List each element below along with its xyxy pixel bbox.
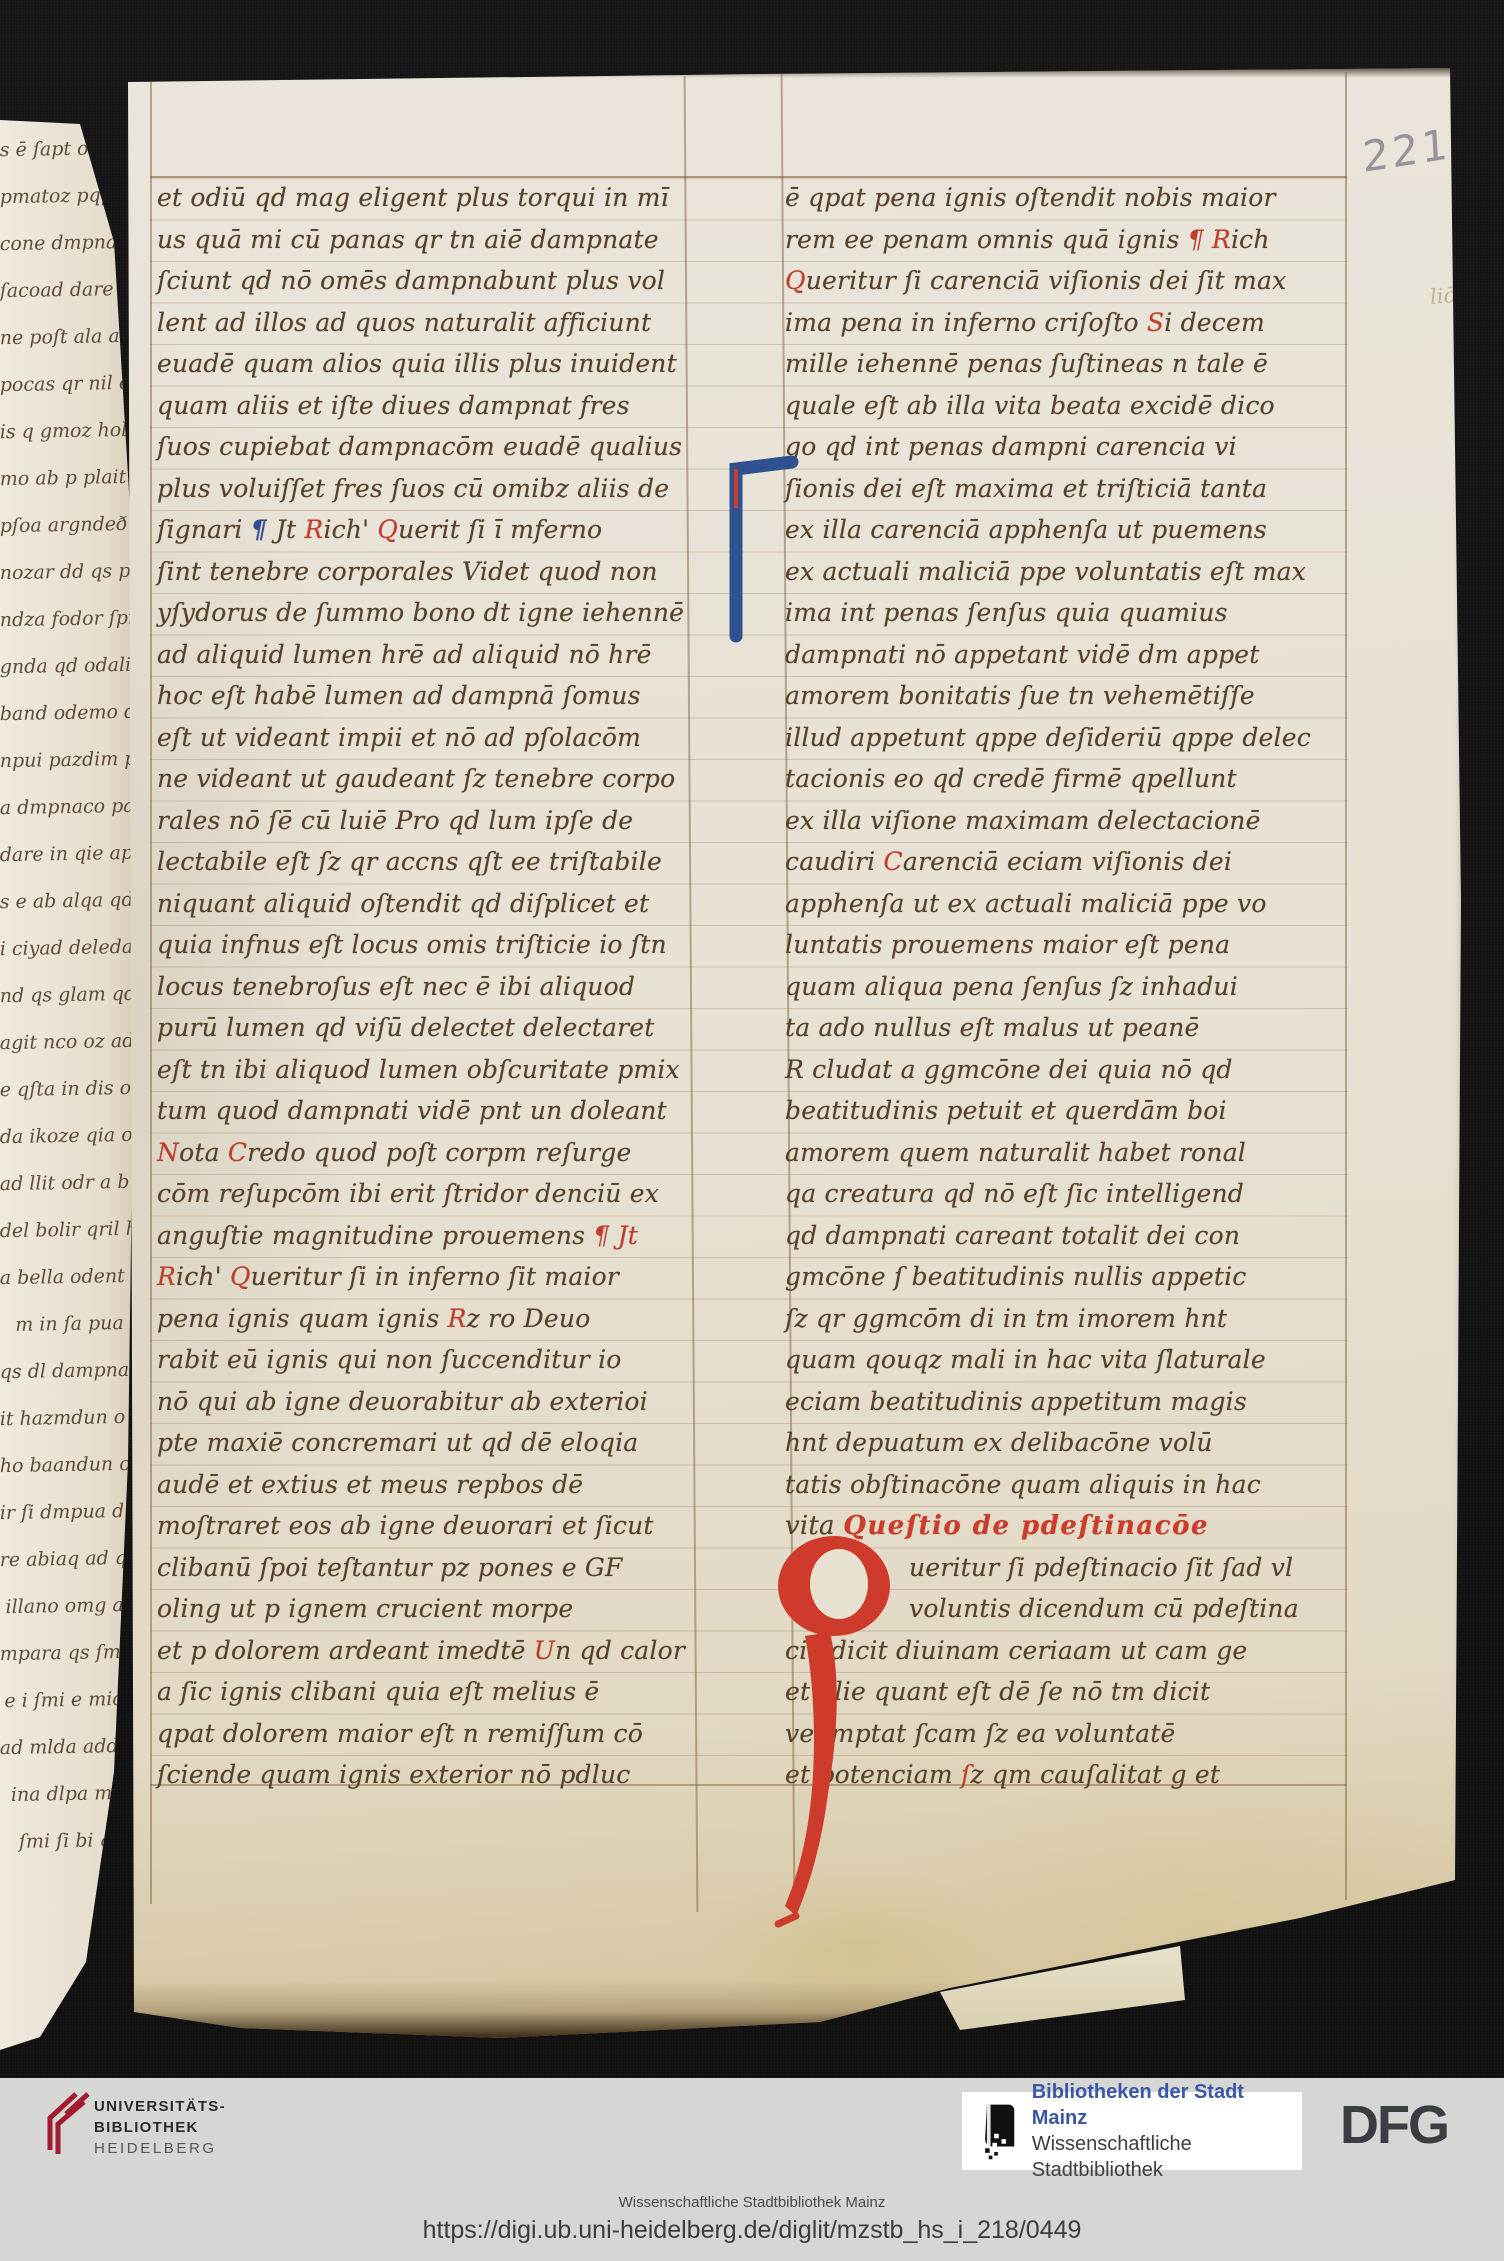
manuscript-line: rem ee penam omnis quā ignis ¶ Rich: [785, 225, 1385, 267]
mainz-book-icon: [976, 2100, 1020, 2162]
ruling-left-margin: [150, 76, 152, 1904]
manuscript-line: ſz qr ggmcōm di in tm imorem hnt: [785, 1304, 1385, 1346]
manuscript-line: plus voluiſſet fres ſuos cū omibz aliis …: [157, 474, 702, 516]
manuscript-line: audē et extius et meus repbos dē: [157, 1470, 702, 1512]
ub-heidelberg-logo-text: UNIVERSITÄTS- BIBLIOTHEK HEIDELBERG: [94, 2096, 226, 2159]
manuscript-line: mpara qs ſma: [0, 1641, 134, 1690]
manuscript-line: qd dampnati careant totalit dei con: [785, 1221, 1385, 1263]
manuscript-line: pſoa argndeð ni: [0, 513, 134, 562]
manuscript-line: ad aliquid lumen hrē ad aliquid nō hrē: [157, 640, 702, 682]
ub-line2: BIBLIOTHEK: [94, 2117, 226, 2138]
footer-bar: UNIVERSITÄTS- BIBLIOTHEK HEIDELBERG Bibl…: [0, 2078, 1504, 2261]
manuscript-line: eſt ut videant impii et nō ad pſolacōm: [157, 723, 702, 765]
manuscript-line: i ciyad deleda: [0, 936, 134, 985]
manuscript-line: ir ſi dmpua d: [0, 1500, 134, 1549]
manuscript-line: is q gmoz holli: [0, 419, 134, 468]
manuscript-line: ſignari ¶ Jt Rich' Querit ſi ī mferno: [157, 515, 702, 557]
manuscript-line: ſmi ſi bi q i: [0, 1829, 134, 1878]
manuscript-line: npui pazdim p: [0, 748, 134, 797]
manuscript-line: ſciende quam ignis exterior nō pdluc: [157, 1760, 702, 1802]
faint-margin-note: liō: [1429, 283, 1457, 309]
dfg-logo: DFG: [1340, 2094, 1448, 2156]
manuscript-line: nd qs glam qd: [0, 983, 134, 1032]
manuscript-line: pocas qr nil er: [0, 372, 134, 421]
library-caption: Wissenschaftliche Stadtbibliothek Mainz: [0, 2194, 1504, 2211]
manuscript-line: quia infnus eſt locus omis triſticie io …: [157, 930, 702, 972]
manuscript-line: go qd int penas dampni carencia vi: [785, 432, 1385, 474]
manuscript-line: lent ad illos ad quos naturalit afficiun…: [157, 308, 702, 350]
manuscript-line: amorem bonitatis ſue tn vehemētiſſe: [785, 681, 1385, 723]
manuscript-line: us quā mi cū panas qr tn aiē dampnate: [157, 225, 702, 267]
manuscript-line: agit nco oz ad: [0, 1030, 134, 1079]
manuscript-line: mille iehennē penas ſuſtineas n tale ē: [785, 349, 1385, 391]
manuscript-line: quam aliis et iſte diues dampnat fres: [157, 391, 702, 433]
mainz-line1: Bibliotheken der Stadt Mainz: [1032, 2079, 1302, 2131]
manuscript-line: it hazmdun o: [0, 1406, 134, 1455]
manuscript-line: moſtraret eos ab igne deuorari et ſicut: [157, 1511, 702, 1553]
text-column-left: et odiū qd mag eligent plus torqui in mī…: [157, 183, 702, 1802]
facing-page-edge: s ē ſapt oz ce bōpmatoz pqpuacone dmpna …: [0, 112, 134, 2062]
manuscript-line: tatis obſtinacōne quam aliquis in hac: [785, 1470, 1385, 1512]
mainz-library-logo: Bibliotheken der Stadt Mainz Wissenschaf…: [962, 2092, 1302, 2170]
manuscript-line: oling ut p ignem crucient morpe: [157, 1594, 702, 1636]
manuscript-line: ad llit odr a b: [0, 1171, 134, 1220]
manuscript-line: nozar dd qs plad: [0, 560, 134, 609]
manuscript-line: yſydorus de ſummo bono dt igne iehennē: [157, 598, 702, 640]
manuscript-line: R cludat a ggmcōne dei quia nō qd: [785, 1055, 1385, 1097]
manuscript-line: a dmpnaco pal: [0, 795, 134, 844]
manuscript-line: ina dlpa mo: [0, 1782, 134, 1831]
manuscript-line: ſciunt qd nō omēs dampnabunt plus vol: [157, 266, 702, 308]
manuscript-line: ne videant ut gaudeant ſz tenebre corpo: [157, 764, 702, 806]
manuscript-line: del bolir qril h: [0, 1218, 134, 1267]
manuscript-line: re abiaq ad q: [0, 1547, 134, 1596]
manuscript-line: ex actuali maliciā ppe voluntatis eſt ma…: [785, 557, 1385, 599]
manuscript-line: clibanū ſpoi teſtantur pz pones e GF: [157, 1553, 702, 1595]
manuscript-line: ſuos cupiebat dampnacōm euadē qualius: [157, 432, 702, 474]
manuscript-line: ex illa carenciā apphenſa ut puemens: [785, 515, 1385, 557]
manuscript-line: quam qouqz mali in hac vita ſlaturale: [785, 1345, 1385, 1387]
manuscript-line: pmatoz pqpua: [0, 184, 134, 233]
manuscript-line: luntatis prouemens maior eſt pena: [785, 930, 1385, 972]
manuscript-line: euadē quam alios quia illis plus inuiden…: [157, 349, 702, 391]
ub-line1: UNIVERSITÄTS-: [94, 2096, 226, 2117]
manuscript-line: ſint tenebre corporales Videt quod non: [157, 557, 702, 599]
manuscript-line: ta ado nullus eſt malus ut peanē: [785, 1013, 1385, 1055]
manuscript-line: tum quod dampnati vidē pnt un doleant: [157, 1096, 702, 1138]
manuscript-line: cone dmpna o: [0, 231, 134, 280]
mainz-logo-text: Bibliotheken der Stadt Mainz Wissenschaf…: [1032, 2079, 1302, 2183]
manuscript-line: ſionis dei eſt maxima et triſticiā tanta: [785, 474, 1385, 516]
manuscript-line: pena ignis quam ignis Rz ro Deuo: [157, 1304, 702, 1346]
manuscript-line: et odiū qd mag eligent plus torqui in mī: [157, 183, 702, 225]
manuscript-line: amorem quem naturalit habet ronal: [785, 1138, 1385, 1180]
manuscript-line: ho baandun o: [0, 1453, 134, 1502]
manuscript-line: a ſic ignis clibani quia eſt melius ē: [157, 1677, 702, 1719]
mainz-line2: Wissenschaftliche Stadtbibliothek: [1032, 2131, 1302, 2183]
manuscript-line: gmcōne ſ beatitudinis nullis appetic: [785, 1262, 1385, 1304]
manuscript-line: e i ſmi e mio: [0, 1688, 134, 1737]
manuscript-line: a bella odent: [0, 1265, 134, 1314]
manuscript-line: qa creatura qd nō eſt ſic intelligend: [785, 1179, 1385, 1221]
manuscript-line: s e ab alqa qdr: [0, 889, 134, 938]
manuscript-line: m in ſa pua: [0, 1312, 134, 1361]
manuscript-line: et p dolorem ardeant imedtē Un qd calor: [157, 1636, 702, 1678]
manuscript-line: qs dl dampna: [0, 1359, 134, 1408]
manuscript-line: ima int penas ſenſus quia quamius: [785, 598, 1385, 640]
manuscript-line: purū lumen qd viſū delectet delectaret: [157, 1013, 702, 1055]
citation-url: https://digi.ub.uni-heidelberg.de/diglit…: [0, 2216, 1504, 2245]
red-initial-q: [772, 1534, 922, 1934]
manuscript-line: Rich' Queritur ſi in inferno ſit maior: [157, 1262, 702, 1304]
manuscript-line: anguſtie magnitudine prouemens ¶ Jt: [157, 1221, 702, 1263]
ub-heidelberg-logo-icon: [42, 2088, 92, 2168]
manuscript-line: eciam beatitudinis appetitum magis: [785, 1387, 1385, 1429]
manuscript-line: hoc eſt habē lumen ad dampnā ſomus: [157, 681, 702, 723]
scan-photo-stage: s ē ſapt oz ce bōpmatoz pqpuacone dmpna …: [0, 0, 1504, 2261]
manuscript-line: dare in qie ap h: [0, 842, 134, 891]
manuscript-line: ex illa viſione maximam delectacionē: [785, 806, 1385, 848]
manuscript-line: lectabile eſt ſz qr accns qſt ee triſtab…: [157, 847, 702, 889]
manuscript-line: pte maxiē concremari ut qd dē eloqia: [157, 1428, 702, 1470]
manuscript-line: quam aliqua pena ſenſus ſz inhadui: [785, 972, 1385, 1014]
manuscript-line: ndza fodor ſpi: [0, 607, 134, 656]
manuscript-line: ē qpat pena ignis oſtendit nobis maior: [785, 183, 1385, 225]
manuscript-line: tacionis eo qd credē firmē qpellunt: [785, 764, 1385, 806]
blue-paraph-bracket: [722, 438, 802, 653]
manuscript-line: band odemo d: [0, 701, 134, 750]
manuscript-line: mo ab p plait vl: [0, 466, 134, 515]
manuscript-line: caudiri Carenciā eciam viſionis dei: [785, 847, 1385, 889]
manuscript-line: locus tenebroſus eſt nec ē ibi aliquod: [157, 972, 702, 1014]
manuscript-line: Nota Credo quod poſt corpm reſurge: [157, 1138, 702, 1180]
manuscript-line: illano omg a: [0, 1594, 134, 1643]
manuscript-line: ima pena in inferno criſoſto Si decem: [785, 308, 1385, 350]
manuscript-line: da ikoze qia o: [0, 1124, 134, 1173]
manuscript-line: illud appetunt qppe deſideriū qppe delec: [785, 723, 1385, 765]
manuscript-line: niquant aliquid oſtendit qd diſplicet et: [157, 889, 702, 931]
manuscript-line: beatitudinis petuit et querdām boi: [785, 1096, 1385, 1138]
manuscript-line: e qſta in dis o: [0, 1077, 134, 1126]
manuscript-page: et odiū qd mag eligent plus torqui in mī…: [0, 0, 1470, 2050]
ruling-top-line: [150, 176, 1347, 178]
manuscript-line: cōm reſupcōm ibi erit ſtridor denciū ex: [157, 1179, 702, 1221]
manuscript-line: rales nō ſē cū luiē Pro qd lum ipſe de: [157, 806, 702, 848]
manuscript-line: Queritur ſi carenciā viſionis dei ſit ma…: [785, 266, 1385, 308]
manuscript-line: nō qui ab igne deuorabitur ab exterioi: [157, 1387, 702, 1429]
manuscript-line: dampnati nō appetant vidē dm appet: [785, 640, 1385, 682]
manuscript-line: ad mlda addo: [0, 1735, 134, 1784]
manuscript-line: quale eſt ab illa vita beata excidē dico: [785, 391, 1385, 433]
manuscript-line: qpat dolorem maior eſt n remiſſum cō: [157, 1719, 702, 1761]
pencil-folio-number: 221: [1361, 119, 1452, 182]
manuscript-line: hnt depuatum ex delibacōne volū: [785, 1428, 1385, 1470]
manuscript-line: apphenſa ut ex actuali maliciā ppe vo: [785, 889, 1385, 931]
manuscript-line: ſacoad dare ſe ad: [0, 278, 134, 327]
manuscript-line: gnda qd odali: [0, 654, 134, 703]
ub-line3: HEIDELBERG: [94, 2138, 226, 2159]
manuscript-line: s ē ſapt oz ce bō: [0, 137, 134, 186]
manuscript-line: ne poſt ala ad: [0, 325, 134, 374]
manuscript-line: eſt tn ibi aliquod lumen obſcuritate pmi…: [157, 1055, 702, 1097]
manuscript-line: rabit eū ignis qui non ſuccenditur io: [157, 1345, 702, 1387]
